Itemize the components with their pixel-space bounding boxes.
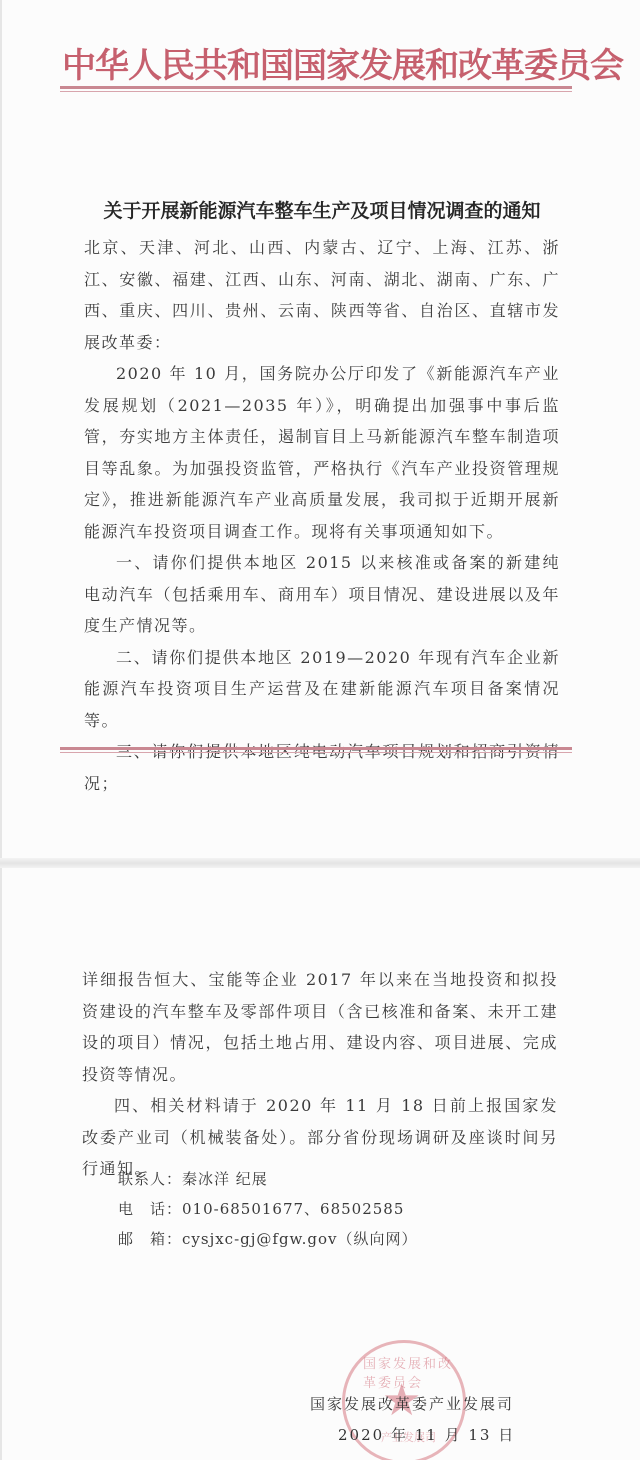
masthead: 中华人民共和国国家发展和改革委员会 [62, 38, 572, 87]
red-rule-top [60, 86, 572, 92]
issue-date: 2020 年 11 月 13 日 [338, 1424, 515, 1445]
item-2: 二、请你们提供本地区 2019—2020 年现有汽车企业新能源汽车投资项目生产运… [84, 642, 560, 737]
addressees: 北京、天津、河北、山西、内蒙古、辽宁、上海、江苏、浙江、安徽、福建、江西、山东、… [84, 232, 560, 358]
contact-person: 联系人：秦冰洋 纪展 [118, 1168, 268, 1189]
body-page-1: 北京、天津、河北、山西、内蒙古、辽宁、上海、江苏、浙江、安徽、福建、江西、山东、… [84, 232, 560, 799]
contact-email: 邮 箱：cysjxc-gj@fgw.gov（纵向网） [118, 1228, 418, 1249]
item-3: 三、请你们提供本地区纯电动汽车项目规划和招商引资情况； [84, 736, 560, 799]
item-3-continuation: 详细报告恒大、宝能等企业 2017 年以来在当地投资和拟投资建设的汽车整车及零部… [82, 964, 558, 1090]
issuer: 国家发展改革委产业发展司 [310, 1393, 514, 1414]
body-page-2: 详细报告恒大、宝能等企业 2017 年以来在当地投资和拟投资建设的汽车整车及零部… [82, 964, 558, 1185]
intro-paragraph: 2020 年 10 月，国务院办公厅印发了《新能源汽车产业发展规划（2021—2… [84, 358, 560, 547]
document-title: 关于开展新能源汽车整车生产及项目情况调查的通知 [2, 196, 640, 223]
contact-phone: 电 话：010-68501677、68502585 [118, 1198, 404, 1219]
item-1: 一、请你们提供本地区 2015 以来核准或备案的新建纯电动汽车（包括乘用车、商用… [84, 547, 560, 642]
document-page-1: 中华人民共和国国家发展和改革委员会 关于开展新能源汽车整车生产及项目情况调查的通… [0, 0, 640, 860]
page-break [0, 858, 640, 868]
red-rule-bottom [60, 747, 572, 753]
